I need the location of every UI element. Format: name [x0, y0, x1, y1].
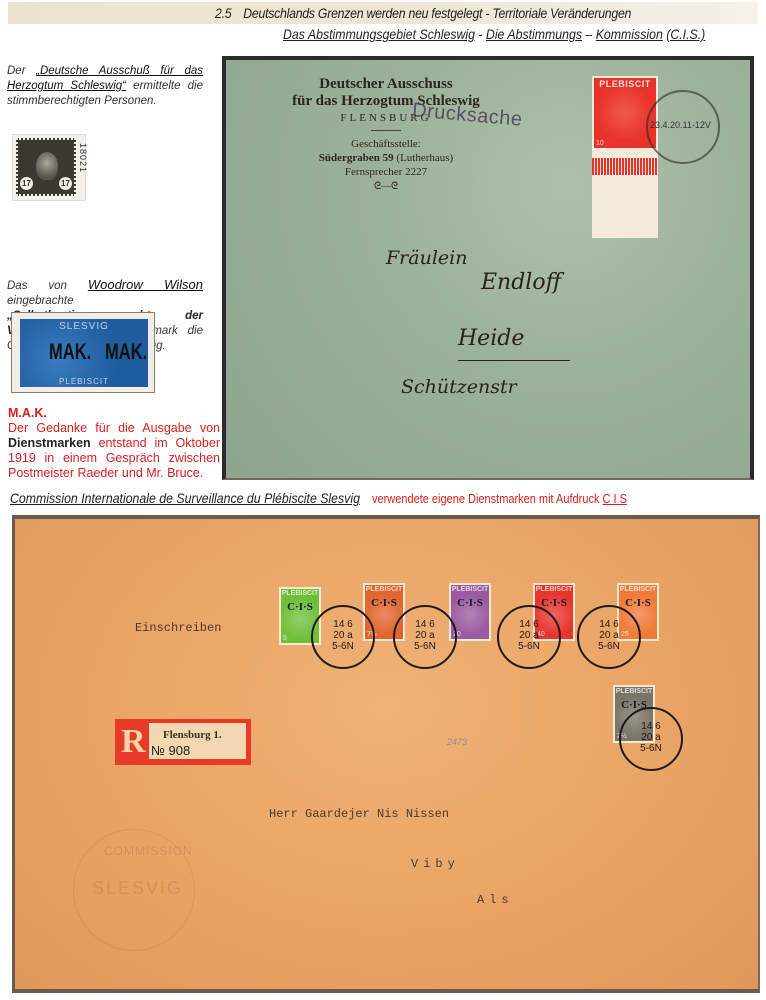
para2-wilson-name: Woodrow Wilson: [88, 277, 203, 292]
cis-overprint: C·I·S: [451, 597, 489, 609]
registration-r-icon: R: [121, 725, 146, 759]
registration-number: № 908: [151, 743, 190, 758]
caption-cis: C I S: [602, 492, 626, 506]
postmark-date: 14 620 a5-6N: [621, 721, 681, 754]
sender-block: Deutscher Ausschuss für das Herzogtum Sc…: [266, 76, 506, 192]
section-title: Deutschlands Grenzen werden neu festgele…: [243, 5, 631, 21]
wilson-stamp-image: 17 17 18021: [12, 134, 86, 201]
caption-red: verwendete eigene Dienstmarken mit Aufdr…: [372, 492, 627, 506]
pencil-note: 2473: [447, 737, 467, 747]
mak-title: M.A.K.: [8, 406, 220, 421]
page-title: 2.5 Deutschlands Grenzen werden neu fest…: [215, 5, 631, 21]
postmark-date: 14 620 a5-6N: [579, 619, 639, 652]
margin-bars: [592, 158, 658, 175]
stamp-top-text: PLEBISCIT: [365, 586, 403, 593]
stamp-value: 10: [596, 140, 604, 147]
subtitle-separator: -: [475, 26, 486, 42]
stamp-bottom-text: PLEBISCIT: [20, 377, 148, 386]
page-subtitle: Das Abstimmungsgebiet Schleswig - Die Ab…: [283, 26, 705, 42]
handwritten-salutation: Fräulein: [386, 247, 467, 269]
caption-red-prefix: verwendete eigene: [372, 492, 468, 506]
office-address-note: (Lutherhaus): [394, 152, 454, 164]
para3-prefix: Der Gedanke für die Ausgabe von: [8, 421, 220, 435]
commission-caption: Commission Internationale de Surveillanc…: [10, 490, 661, 506]
para1-prefix: Der: [7, 65, 36, 77]
caption-main: Commission Internationale de Surveillanc…: [10, 490, 360, 506]
address-recipient: Herr Gaardejer Nis Nissen: [269, 807, 449, 821]
para2-prefix: Das von: [7, 280, 88, 292]
handwritten-street: Schützenstr: [401, 376, 517, 398]
postmark-date: 14 620 a5-6N: [499, 619, 559, 652]
subtitle-vote: Die Abstimmungs: [486, 26, 582, 42]
sender-line1: Deutscher Ausschuss: [266, 76, 506, 93]
cis-overprint: C·I·S: [281, 601, 319, 613]
flensburg-postmark: 14 620 a5-6N: [619, 707, 683, 771]
section-number: 2.5: [215, 5, 231, 21]
overprint-right: MAK.: [105, 339, 147, 365]
stamp-value-right: 17: [59, 177, 72, 190]
city-underline: [458, 360, 570, 361]
stamp-value: 5: [283, 635, 287, 642]
subtitle-cis: (C.I.S.): [666, 26, 705, 42]
stamp-top-text: SLESVIG: [20, 321, 148, 332]
office-address: Südergraben 59: [319, 152, 394, 164]
portrait-icon: [36, 152, 58, 180]
einschreiben-label: Einschreiben: [135, 621, 221, 635]
divider: [371, 130, 401, 131]
flensburg-postmark: 14 620 a5-6N: [393, 605, 457, 669]
registration-label: R Flensburg 1. № 908: [115, 719, 251, 765]
handwritten-name: Endloff: [481, 270, 561, 295]
para2-mid: eingebrachte: [7, 295, 74, 307]
cachet-middle: SLESVIG: [92, 878, 183, 899]
cachet-top: COMMISSION: [104, 844, 193, 858]
office-label: Geschäftsstelle:: [266, 137, 506, 151]
stamp-top-text: PLEBISCIT: [619, 586, 657, 593]
stamp-top-text: PLEBISCIT: [451, 586, 489, 593]
stamp-top-text: PLEBISCIT: [535, 586, 573, 593]
plate-number: 18021: [78, 143, 88, 173]
handwritten-city: Heide: [458, 326, 524, 351]
flensburg-postmark: 14 620 a5-6N: [311, 605, 375, 669]
overprint-left: MAK.: [49, 339, 91, 365]
stamp-value-left: 17: [20, 177, 33, 190]
para3-dienstmarken: Dienstmarken: [8, 436, 91, 450]
flensburg-postmark: 14 620 a5-6N: [497, 605, 561, 669]
registration-city: Flensburg 1.: [163, 729, 222, 741]
subtitle-region: Das Abstimmungsgebiet Schleswig: [283, 26, 475, 42]
cis-overprint: C·I·S: [365, 597, 403, 609]
cis-overprint: C·I·S: [619, 597, 657, 609]
postmark-date: 23.4.20.11-12V: [650, 120, 711, 130]
mak-stamp-image: SLESVIG MAK. MAK. PLEBISCIT: [11, 312, 155, 393]
commission-cachet: COMMISSION SLESVIG: [73, 829, 195, 951]
address-town: Viby: [411, 857, 460, 871]
intro-paragraph: Der „Deutsche Ausschuß für das Herzogtum…: [7, 64, 203, 109]
stamp-top-text: PLEBISCIT: [615, 688, 653, 695]
postmark-date: 14 620 a5-6N: [313, 619, 373, 652]
plebiscit-stamp: PLEBISCIT 10: [592, 76, 658, 238]
lower-envelope: Einschreiben R Flensburg 1. № 908 2473 H…: [12, 515, 760, 993]
postmark-date: 14 620 a5-6N: [395, 619, 455, 652]
subtitle-dash: –: [582, 26, 596, 42]
caption-red-bold: Dienstmarken mit Aufdruck: [468, 492, 603, 506]
address-island: Als: [477, 893, 514, 907]
phone-number: Fernsprecher 2227: [266, 165, 506, 179]
mak-paragraph: M.A.K. Der Gedanke für die Ausgabe von D…: [8, 406, 220, 481]
postmark: 23.4.20.11-12V: [646, 90, 720, 164]
upper-envelope: Deutscher Ausschuss für das Herzogtum Sc…: [222, 56, 754, 480]
flensburg-postmark: 14 620 a5-6N: [577, 605, 641, 669]
ornament-icon: ᘓ—ᘓ: [266, 181, 506, 192]
subtitle-commission: Kommission: [596, 26, 663, 42]
stamp-top-text: PLEBISCIT: [594, 79, 656, 89]
stamp-top-text: PLEBISCIT: [281, 590, 319, 597]
